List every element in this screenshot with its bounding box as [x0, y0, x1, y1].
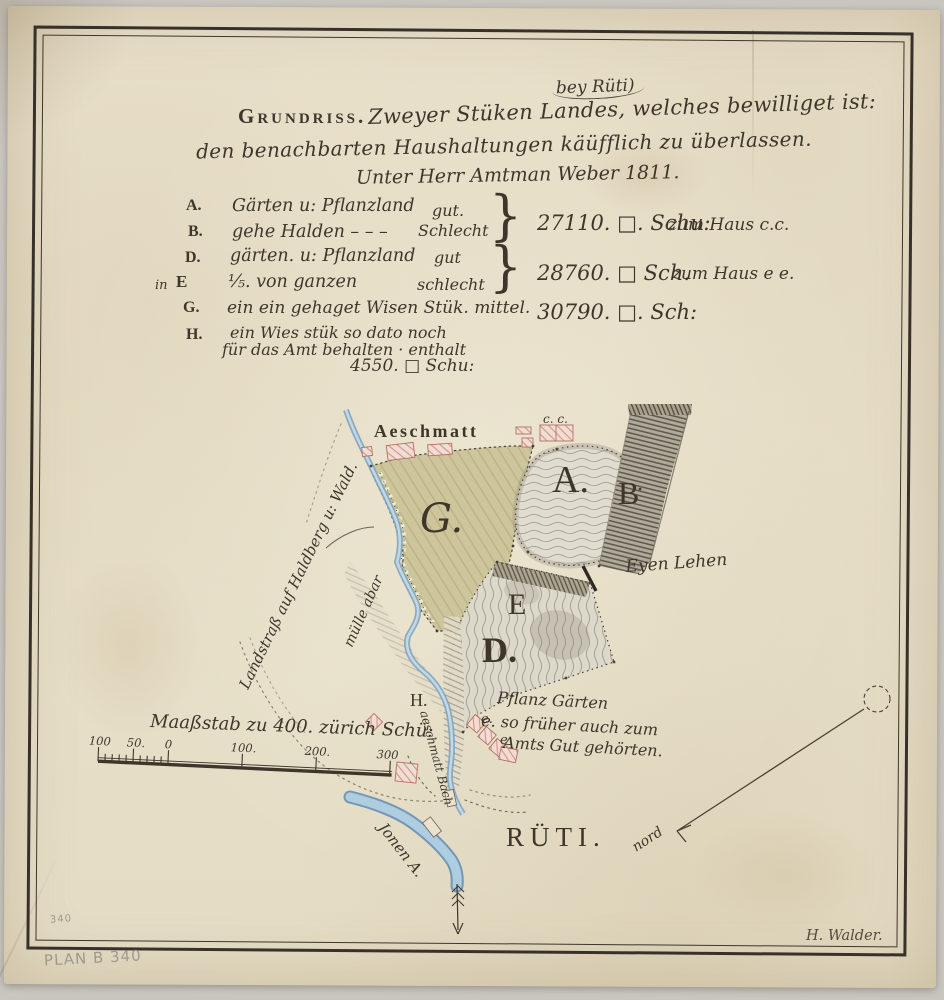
legend-note-de: zum Haus e e.	[672, 266, 794, 283]
legend-letter-e: E	[176, 273, 187, 290]
legend-quality-d: gut	[434, 250, 461, 266]
scale-tick-label: 0	[164, 737, 172, 751]
area-name-label: Aeschmatt	[374, 421, 478, 441]
title-word: Grundriss.	[238, 106, 366, 127]
pencil-number: 340	[50, 914, 73, 926]
surveyor-signature: H. Walder.	[806, 929, 883, 944]
legend-desc-e: ⅕. von ganzen	[228, 274, 357, 292]
houses-cc-label: c. c.	[543, 412, 568, 426]
scale-caption: Maaßstab zu 400. zürich Schü:	[149, 711, 434, 742]
scale-tick-label: 300	[376, 747, 399, 762]
parcel-a-label: A.	[552, 459, 589, 501]
legend-value-de: 28760. □ Sch.	[537, 263, 690, 284]
parcel-g-label: G.	[420, 496, 463, 542]
legend-note-ab: zum Haus c.c.	[668, 217, 789, 234]
legend-letter-h: H.	[186, 327, 202, 343]
town-label: Rüti.	[506, 822, 606, 852]
legend-desc-h1: ein Wies stük so dato noch	[230, 325, 447, 341]
parcel-e-label: E	[508, 588, 526, 621]
legend-value-g: 30790. □. Sch:	[537, 302, 697, 323]
scale-tick-label: 200.	[303, 744, 330, 759]
parcel-h-label: H.	[410, 690, 428, 710]
house-cc	[540, 425, 573, 441]
parcel-d-label: D.	[482, 630, 517, 670]
legend-prefix-e: in	[155, 279, 168, 292]
legend-letter-d: D.	[185, 250, 201, 266]
scale-tick-label: 100	[89, 734, 112, 749]
legend-desc-a: Gärten u: Pflanzland	[232, 198, 415, 216]
legend-desc-g: ein ein gehaget Wisen Stük. mittel.	[227, 300, 530, 317]
legend-quality-b: Schlecht	[418, 223, 489, 239]
legend-quality-e: schlecht	[417, 277, 485, 293]
legend-quality-a: gut.	[432, 203, 464, 219]
scale-tick-label: 50.	[127, 735, 146, 750]
mill-flourish	[326, 527, 374, 548]
scale-bar: 100 50. 0 100. 200. 300	[88, 734, 399, 777]
legend-brace-de: }	[489, 240, 522, 295]
north-arrow	[677, 686, 890, 842]
road-label: Landstraß auf Haldberg u: Wald.	[235, 459, 361, 692]
legend-desc-b: gehe Halden – – –	[232, 224, 388, 242]
parcel-b-label: B	[618, 475, 639, 511]
pflanz-note-line1: Pflanz Gärten	[496, 688, 609, 713]
legend-letter-a: A.	[186, 198, 202, 214]
legend-value-h: 4550. □ Schu:	[350, 358, 474, 375]
map-sheet: 100 50. 0 100. 200. 300 Aeschmatt c. c. …	[0, 0, 944, 1000]
legend-letter-b: B.	[188, 224, 203, 240]
legend-letter-g: G.	[183, 300, 199, 316]
scale-tick-label: 100.	[230, 740, 256, 755]
north-label: nord	[629, 824, 666, 855]
legend-desc-d: gärten. u: Pflanzland	[230, 248, 415, 266]
